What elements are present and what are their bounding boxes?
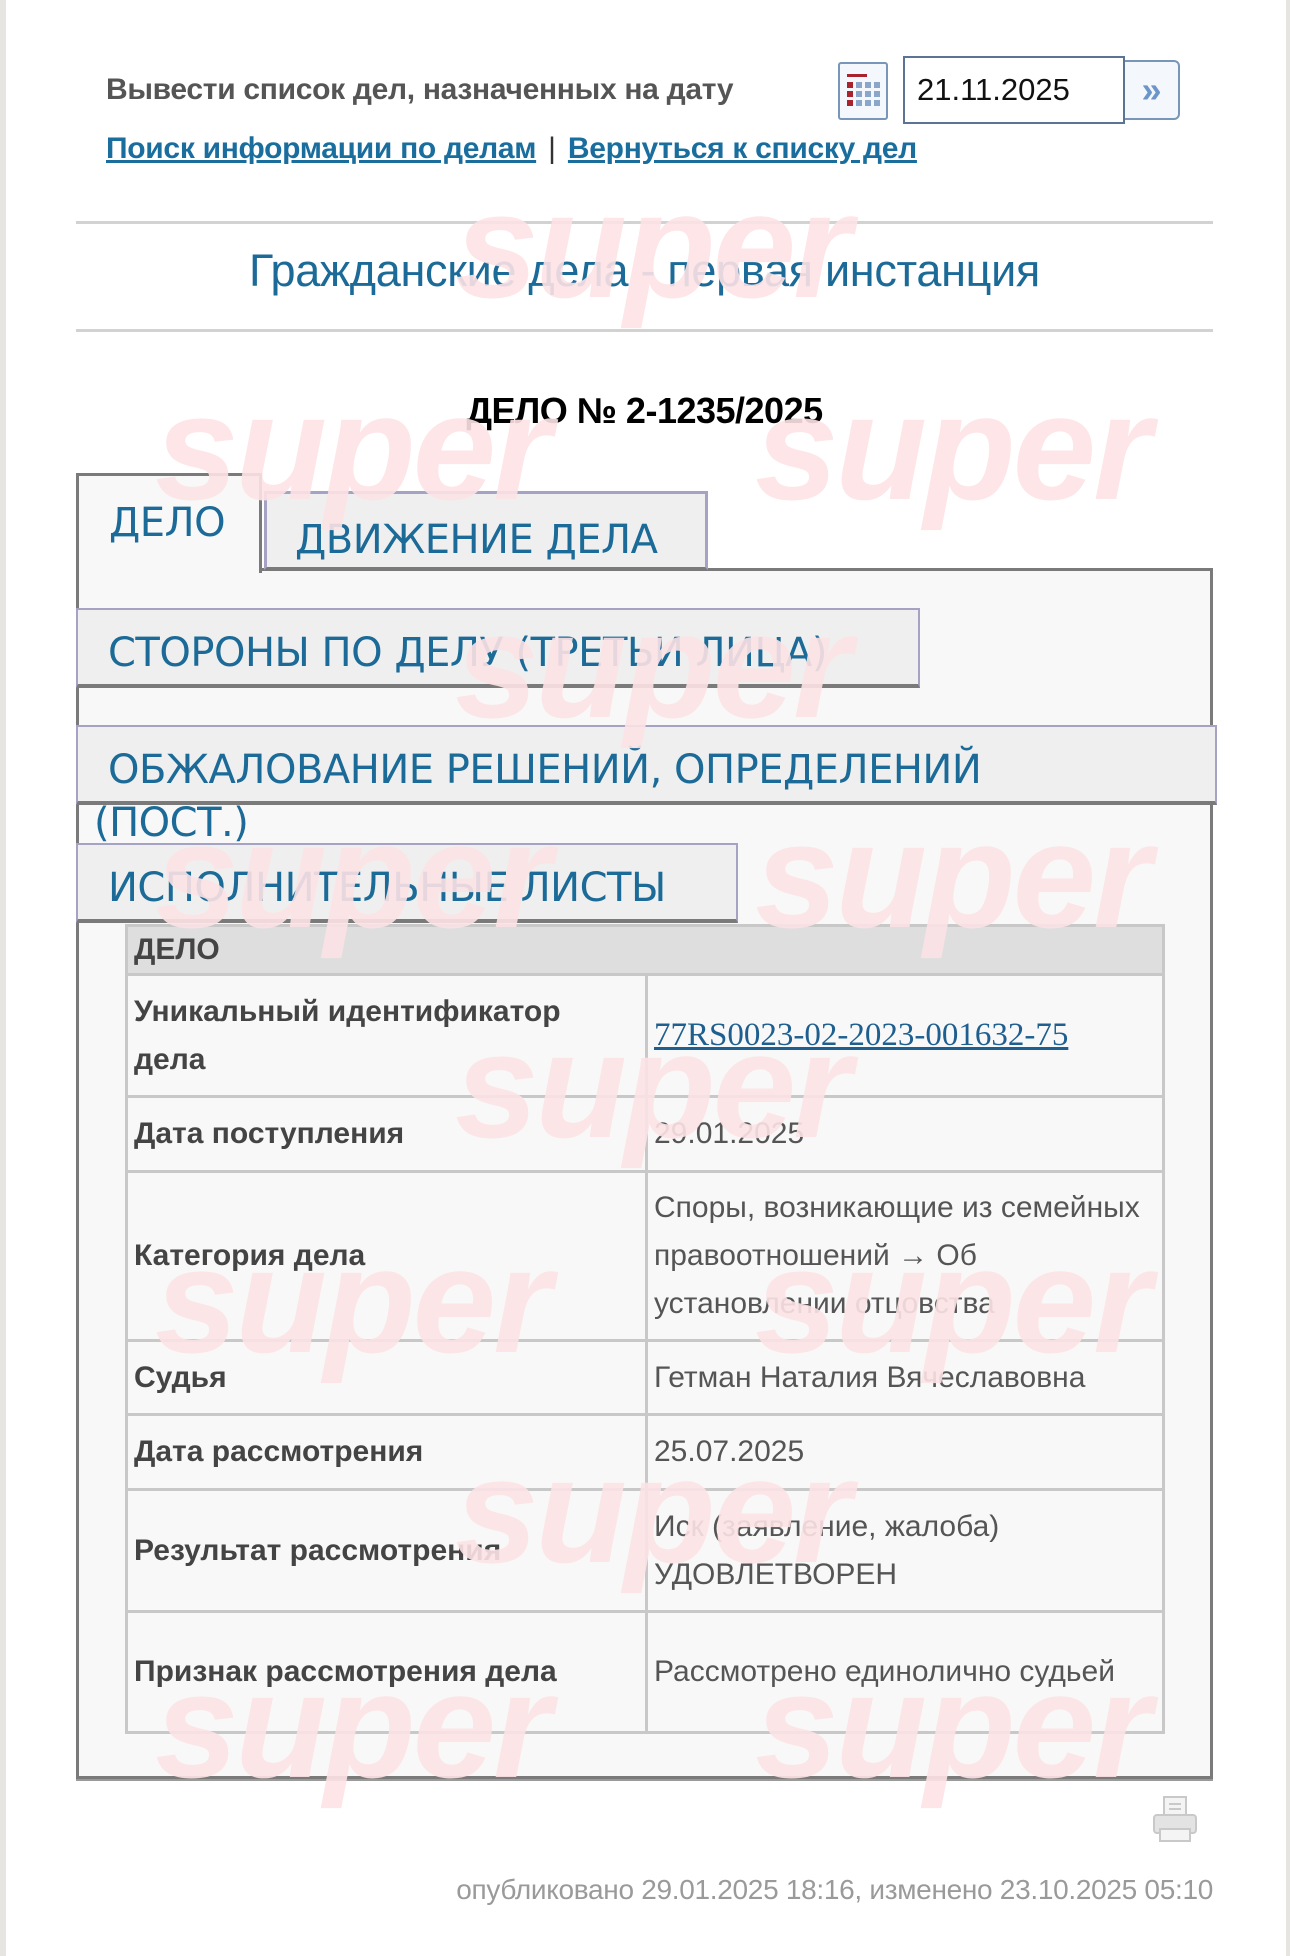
case-info-table: ДЕЛО Уникальный идентификатор дела 77RS0… <box>125 924 1165 1734</box>
tab-appeals-overflow: (ПОСТ.) <box>94 800 248 846</box>
row-key: Дата поступления <box>127 1097 647 1172</box>
row-key: Признак рассмотрения дела <box>127 1612 647 1733</box>
date-input[interactable] <box>903 56 1125 124</box>
calendar-icon <box>847 76 880 106</box>
row-value: 25.07.2025 <box>647 1415 1164 1490</box>
table-row: Дата поступления 29.01.2025 <box>127 1097 1164 1172</box>
divider-bottom <box>76 329 1213 332</box>
tab-parties[interactable]: СТОРОНЫ ПО ДЕЛУ (ТРЕТЬИ ЛИЦА) <box>76 608 920 688</box>
row-key: Результат рассмотрения <box>127 1490 647 1612</box>
right-edge <box>1286 0 1290 1956</box>
row-key: Судья <box>127 1341 647 1415</box>
row-value: 77RS0023-02-2023-001632-75 <box>647 975 1164 1097</box>
print-button[interactable] <box>1150 1795 1200 1845</box>
table-header-row: ДЕЛО <box>127 926 1164 975</box>
table-row: Уникальный идентификатор дела 77RS0023-0… <box>127 975 1164 1097</box>
row-key: Категория дела <box>127 1172 647 1341</box>
table-row: Результат рассмотрения Иск (заявление, ж… <box>127 1490 1164 1612</box>
table-row: Признак рассмотрения дела Рассмотрено ед… <box>127 1612 1164 1733</box>
date-filter-row: Вывести список дел, назначенных на дату <box>106 56 733 124</box>
tab-label: СТОРОНЫ ПО ДЕЛУ (ТРЕТЬИ ЛИЦА) <box>108 630 827 676</box>
back-to-list-link[interactable]: Вернуться к списку дел <box>568 132 917 166</box>
tab-label: ДЕЛО <box>109 500 225 546</box>
link-separator: | <box>548 132 556 166</box>
publication-meta: опубликовано 29.01.2025 18:16, изменено … <box>456 1874 1213 1906</box>
tab-writs[interactable]: ИСПОЛНИТЕЛЬНЫЕ ЛИСТЫ <box>76 843 738 923</box>
tab-label: ИСПОЛНИТЕЛЬНЫЕ ЛИСТЫ <box>108 865 666 911</box>
case-search-link[interactable]: Поиск информации по делам <box>106 132 536 166</box>
row-value: Рассмотрено единолично судьей <box>647 1612 1164 1733</box>
tab-case-movement[interactable]: ДВИЖЕНИЕ ДЕЛА <box>264 491 708 570</box>
section-title: Гражданские дела - первая инстанция <box>76 245 1213 297</box>
row-value: Споры, возникающие из семейных правоотно… <box>647 1172 1164 1341</box>
tab-label: ДВИЖЕНИЕ ДЕЛА <box>295 517 657 563</box>
nav-links: Поиск информации по делам | Вернуться к … <box>106 132 917 166</box>
table-row: Категория дела Споры, возникающие из сем… <box>127 1172 1164 1341</box>
table-row: Судья Гетман Наталия Вячеславовна <box>127 1341 1164 1415</box>
tab-case[interactable]: ДЕЛО <box>76 473 262 573</box>
table-row: Дата рассмотрения 25.07.2025 <box>127 1415 1164 1490</box>
case-number: ДЕЛО № 2-1235/2025 <box>76 390 1213 432</box>
table-header: ДЕЛО <box>127 926 1164 975</box>
row-key: Уникальный идентификатор дела <box>127 975 647 1097</box>
row-key: Дата рассмотрения <box>127 1415 647 1490</box>
row-value: Иск (заявление, жалоба) УДОВЛЕТВОРЕН <box>647 1490 1164 1612</box>
tab-label: ОБЖАЛОВАНИЕ РЕШЕНИЙ, ОПРЕДЕЛЕНИЙ <box>108 747 981 793</box>
double-chevron-right-icon: » <box>1141 69 1161 111</box>
row-value: 29.01.2025 <box>647 1097 1164 1172</box>
printer-icon <box>1150 1795 1200 1845</box>
tab-appeals[interactable]: ОБЖАЛОВАНИЕ РЕШЕНИЙ, ОПРЕДЕЛЕНИЙ <box>76 725 1217 805</box>
calendar-button[interactable] <box>838 62 888 120</box>
date-label: Вывести список дел, назначенных на дату <box>106 73 733 107</box>
row-value: Гетман Наталия Вячеславовна <box>647 1341 1164 1415</box>
divider-top <box>76 221 1213 224</box>
go-button[interactable]: » <box>1125 60 1180 120</box>
unique-id-link[interactable]: 77RS0023-02-2023-001632-75 <box>654 1017 1068 1053</box>
left-edge <box>0 0 6 1956</box>
